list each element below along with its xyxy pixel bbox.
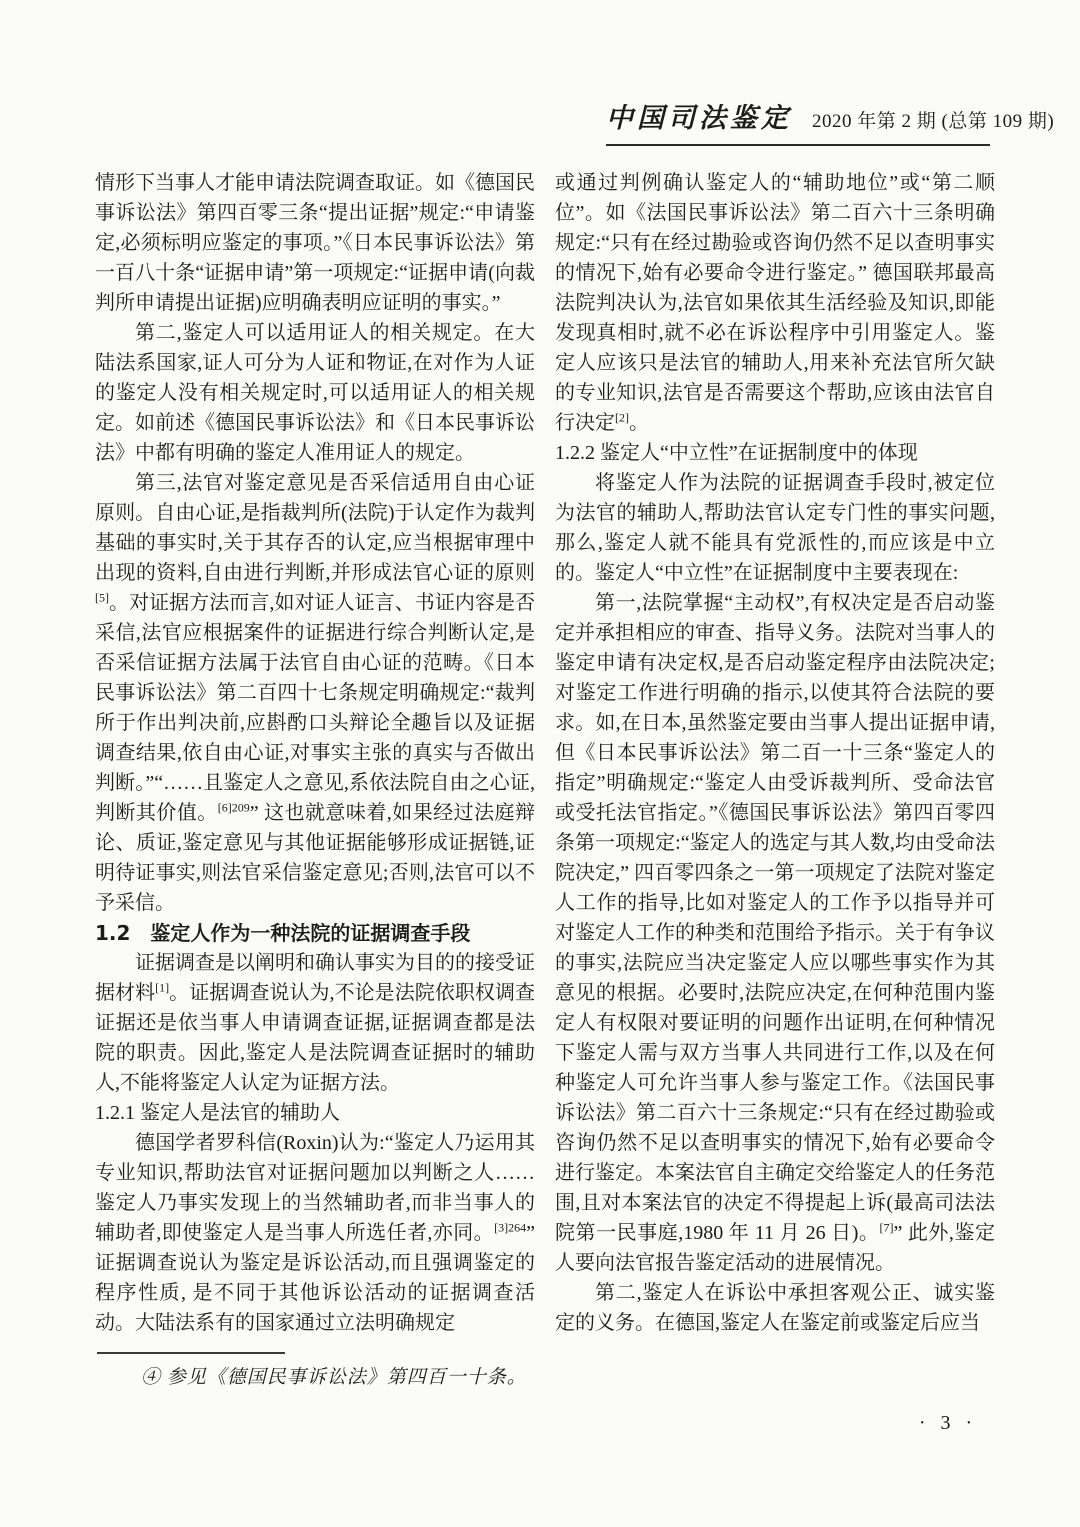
paragraph: 或通过判例确认鉴定人的“辅助地位”或“第二顺位”。如《法国民事诉讼法》第二百六十…: [555, 168, 995, 438]
footnote-separator: [97, 1352, 285, 1354]
journal-issue-info: 2020 年第 2 期 (总第 109 期): [812, 106, 1054, 133]
text-run: 第二,鉴定人在诉讼中承担客观公正、诚实鉴定的义务。在德国,鉴定人在鉴定前或鉴定后…: [555, 1282, 995, 1334]
text-run: 第二,鉴定人可以适用证人的相关规定。在大陆法系国家,证人可分为人证和物证,在对作…: [95, 322, 535, 464]
page-number: · 3 ·: [898, 1412, 998, 1435]
citation-superscript: [3]264: [494, 1220, 526, 1234]
subsection-heading: 1.2.2 鉴定人“中立性”在证据制度中的体现: [555, 438, 995, 468]
citation-superscript: [5]: [95, 590, 109, 604]
footnote-text: 参见《德国民事诉讼法》第四百一十条。: [167, 1367, 527, 1388]
citation-superscript: [7]: [879, 1220, 893, 1234]
citation-superscript: [6]209: [218, 800, 250, 814]
text-run: 第一,法院掌握“主动权”,有权决定是否启动鉴定并承担相应的审查、指导义务。法院对…: [555, 592, 995, 1244]
text-run: 第三,法官对鉴定意见是否采信适用自由心证原则。自由心证,是指裁判所(法院)于认定…: [95, 472, 535, 584]
paragraph: 证据调查是以阐明和确认事实为目的的接受证据材料[1]。证据调查说认为,不论是法院…: [95, 948, 535, 1098]
paragraph: 德国学者罗科信(Roxin)认为:“鉴定人乃运用其专业知识,帮助法官对证据问题加…: [95, 1128, 535, 1338]
text-run: 。对证据方法而言,如对证人证言、书证内容是否采信,法官应根据案件的证据进行综合判…: [95, 592, 535, 824]
footnote-area: ④ 参见《德国民事诉讼法》第四百一十条。: [97, 1352, 537, 1390]
text-run: 。: [629, 412, 649, 434]
footnote: ④ 参见《德国民事诉讼法》第四百一十条。: [97, 1366, 537, 1390]
text-run: 或通过判例确认鉴定人的“辅助地位”或“第二顺位”。如《法国民事诉讼法》第二百六十…: [555, 172, 995, 434]
text-run: 1.2.2 鉴定人“中立性”在证据制度中的体现: [555, 442, 918, 464]
paragraph: 第二,鉴定人在诉讼中承担客观公正、诚实鉴定的义务。在德国,鉴定人在鉴定前或鉴定后…: [555, 1278, 995, 1338]
paragraph: 第三,法官对鉴定意见是否采信适用自由心证原则。自由心证,是指裁判所(法院)于认定…: [95, 468, 535, 918]
paragraph: 将鉴定人作为法院的证据调查手段时,被定位为法官的辅助人,帮助法官认定专门性的事实…: [555, 468, 995, 588]
text-run: 德国学者罗科信(Roxin)认为:“鉴定人乃运用其专业知识,帮助法官对证据问题加…: [95, 1132, 535, 1244]
journal-page: 中国司法鉴定 2020 年第 2 期 (总第 109 期) 情形下当事人才能申请…: [0, 0, 1080, 1527]
page-header: 中国司法鉴定 2020 年第 2 期 (总第 109 期): [606, 96, 990, 146]
section-heading: 1.2 鉴定人作为一种法院的证据调查手段: [95, 918, 535, 948]
citation-superscript: [2]: [615, 410, 629, 424]
text-run: 。证据调查说认为,不论是法院依职权调查证据还是依当事人申请调查证据,证据调查都是…: [95, 982, 535, 1094]
text-run: 将鉴定人作为法院的证据调查手段时,被定位为法官的辅助人,帮助法官认定专门性的事实…: [555, 472, 995, 584]
right-column: 或通过判例确认鉴定人的“辅助地位”或“第二顺位”。如《法国民事诉讼法》第二百六十…: [555, 168, 995, 1338]
article-body: 情形下当事人才能申请法院调查取证。如《德国民事诉讼法》第四百零三条“提出证据”规…: [95, 168, 995, 1338]
citation-superscript: [1]: [155, 980, 169, 994]
journal-title: 中国司法鉴定: [606, 96, 792, 135]
paragraph: 第一,法院掌握“主动权”,有权决定是否启动鉴定并承担相应的审查、指导义务。法院对…: [555, 588, 995, 1278]
paragraph: 情形下当事人才能申请法院调查取证。如《德国民事诉讼法》第四百零三条“提出证据”规…: [95, 168, 535, 318]
footnote-marker: ④: [141, 1367, 161, 1388]
subsection-heading: 1.2.1 鉴定人是法官的辅助人: [95, 1098, 535, 1128]
text-run: 1.2 鉴定人作为一种法院的证据调查手段: [95, 921, 470, 945]
paragraph: 第二,鉴定人可以适用证人的相关规定。在大陆法系国家,证人可分为人证和物证,在对作…: [95, 318, 535, 468]
left-column: 情形下当事人才能申请法院调查取证。如《德国民事诉讼法》第四百零三条“提出证据”规…: [95, 168, 535, 1338]
text-run: 1.2.1 鉴定人是法官的辅助人: [95, 1102, 340, 1124]
text-run: 情形下当事人才能申请法院调查取证。如《德国民事诉讼法》第四百零三条“提出证据”规…: [95, 172, 535, 314]
